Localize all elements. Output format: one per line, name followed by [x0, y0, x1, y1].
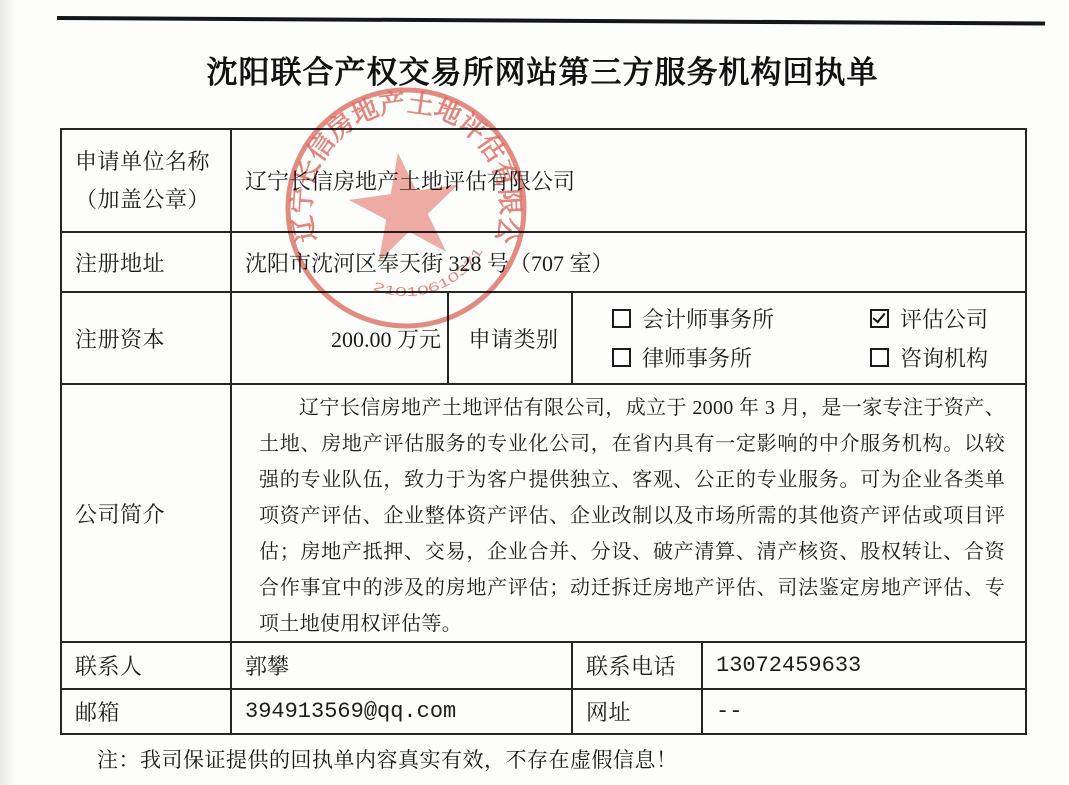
table-row-applicant: 申请单位名称 （加盖公章） 辽宁长信房地产土地评估有限公司 [61, 129, 1026, 232]
applicant-label-line1: 申请单位名称 [75, 151, 224, 173]
checkbox-law-firm-icon [612, 348, 631, 367]
profile-value-cell: 辽宁长信房地产土地评估有限公司，成立于 2000 年 3 月，是一家专注于资产、… [231, 384, 1026, 642]
applicant-value-cell: 辽宁长信房地产土地评估有限公司 [231, 129, 1026, 232]
option-law-firm: 律师事务所 [612, 342, 870, 373]
footer-note: 注：我司保证提供的回执单内容真实有效，不存在虚假信息！ [97, 744, 678, 774]
table-row-address: 注册地址 沈阳市沈河区奉天街 328 号（707 室） [61, 232, 1026, 292]
table-row-capital-category: 注册资本 200.00 万元 申请类别 会计师事务所 评估公司 [61, 292, 1026, 384]
category-options-cell: 会计师事务所 评估公司 律师事务所 [572, 292, 1026, 384]
option-consulting-agency: 咨询机构 [870, 342, 988, 373]
applicant-label-cell: 申请单位名称 （加盖公章） [61, 129, 231, 232]
website-value-cell: -- [702, 689, 1026, 734]
contact-label-cell: 联系人 [61, 642, 231, 689]
scanned-receipt-document: 沈阳联合产权交易所网站第三方服务机构回执单 申请单位名称 （加盖公章） 辽宁长信… [0, 0, 1069, 785]
category-label-cell: 申请类别 [448, 292, 572, 384]
checkbox-accounting-firm-icon [612, 309, 631, 328]
checkbox-appraisal-company-icon [870, 309, 889, 328]
option-consulting-agency-label: 咨询机构 [900, 342, 988, 373]
category-options-row-2: 律师事务所 咨询机构 [612, 342, 1019, 373]
receipt-form-table: 申请单位名称 （加盖公章） 辽宁长信房地产土地评估有限公司 注册地址 沈阳市沈河… [60, 128, 1027, 735]
option-appraisal-company-label: 评估公司 [900, 303, 988, 334]
email-label-cell: 邮箱 [61, 689, 231, 734]
phone-value-cell: 13072459633 [702, 642, 1026, 689]
option-accounting-firm: 会计师事务所 [612, 303, 870, 334]
profile-label-cell: 公司简介 [61, 384, 231, 642]
checkbox-consulting-agency-icon [870, 348, 889, 367]
email-value-cell: 394913569@qq.com [231, 689, 572, 734]
header-rule-divider [57, 16, 1045, 25]
applicant-label-line2: （加盖公章） [75, 189, 224, 211]
address-label-cell: 注册地址 [61, 232, 231, 292]
option-accounting-firm-label: 会计师事务所 [642, 303, 774, 334]
address-value-cell: 沈阳市沈河区奉天街 328 号（707 室） [231, 232, 1026, 292]
table-row-email-website: 邮箱 394913569@qq.com 网址 -- [61, 689, 1026, 734]
website-label-cell: 网址 [572, 689, 702, 734]
document-title: 沈阳联合产权交易所网站第三方服务机构回执单 [60, 47, 1025, 92]
phone-label-cell: 联系电话 [572, 642, 702, 689]
contact-value-cell: 郭攀 [231, 642, 572, 689]
capital-value-cell: 200.00 万元 [231, 292, 448, 384]
option-appraisal-company: 评估公司 [870, 303, 988, 334]
capital-label-cell: 注册资本 [61, 292, 231, 384]
category-options-grid: 会计师事务所 评估公司 律师事务所 [586, 294, 1019, 382]
option-law-firm-label: 律师事务所 [642, 342, 752, 373]
company-profile-text: 辽宁长信房地产土地评估有限公司，成立于 2000 年 3 月，是一家专注于资产、… [245, 386, 1019, 640]
table-row-contact: 联系人 郭攀 联系电话 13072459633 [61, 642, 1026, 689]
category-options-row-1: 会计师事务所 评估公司 [612, 303, 1019, 334]
table-row-profile: 公司简介 辽宁长信房地产土地评估有限公司，成立于 2000 年 3 月，是一家专… [61, 384, 1026, 642]
